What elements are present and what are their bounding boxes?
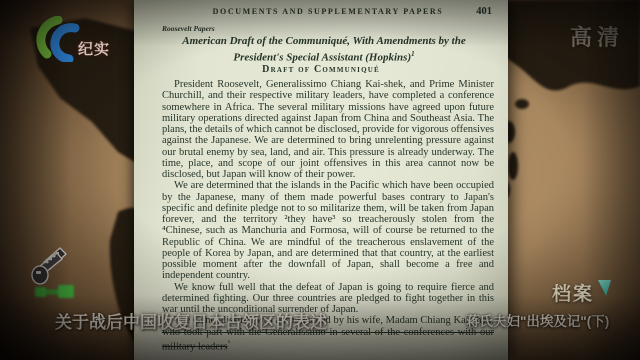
cyan-flag-icon [598,280,611,296]
hd-badge: 高清 [570,21,624,52]
source-label: Roosevelt Papers [162,24,215,33]
section-heading: Draft of Communiqué [134,64,508,75]
page-number: 401 [476,6,492,17]
tv-frame: DOCUMENTS AND SUPPLEMENTARY PAPERS 401 R… [0,0,640,360]
document-header: DOCUMENTS AND SUPPLEMENTARY PAPERS [162,7,494,16]
communique-paragraph: We are determined that the islands in th… [162,180,494,281]
archive-label: 档案 [552,279,594,306]
archive-overlay: 档案 [552,279,611,306]
subtitle-text: 关于战后中国收复日本占领区的表述 [55,308,327,333]
communique-paragraph: President Roosevelt, Generalissimo Chian… [162,79,494,180]
channel-logo-text: 纪实 [78,38,110,59]
episode-title: 蒋氏夫妇"出埃及记"(下) [466,310,609,330]
green-watermark-icon [34,281,76,301]
document-running-head: DOCUMENTS AND SUPPLEMENTARY PAPERS 401 [162,7,494,19]
title-footnote: 1 [411,50,415,58]
fist-filmstrip-icon [30,244,68,286]
document-title: American Draft of the Communiqué, With A… [174,35,474,64]
channel-logo: 纪实 [28,16,148,62]
document-page: DOCUMENTS AND SUPPLEMENTARY PAPERS 401 R… [134,0,508,360]
